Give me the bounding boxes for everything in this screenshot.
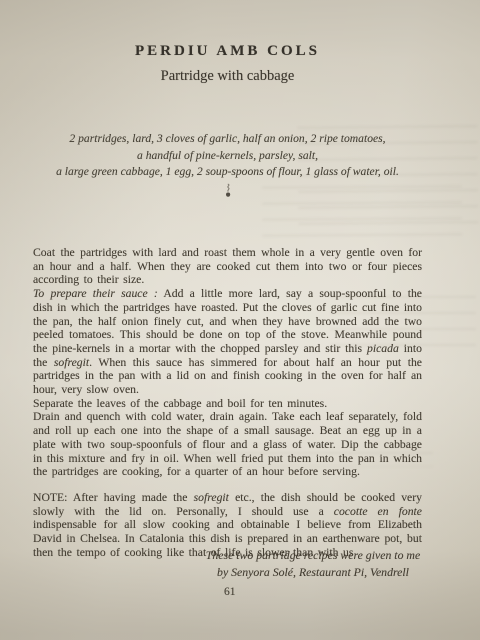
- ingredients-block: 2 partridges, lard, 3 cloves of garlic, …: [33, 131, 422, 181]
- paragraph-sauce: To prepare their sauce : Add a little mo…: [33, 287, 422, 397]
- ingredients-line-3: a large green cabbage, 1 egg, 2 soup-spo…: [33, 164, 422, 181]
- ingredients-line-1: 2 partridges, lard, 3 cloves of garlic, …: [33, 131, 422, 148]
- attribution-block: These two partridge recipes were given t…: [188, 547, 438, 581]
- page-content: PERDIU AMB COLS Partridge with cabbage 2…: [0, 0, 480, 640]
- paragraph-cabbage-fry-text: Drain and quench with cold water, drain …: [33, 410, 422, 478]
- attribution-line-1: These two partridge recipes were given t…: [188, 547, 438, 564]
- paragraph-cabbage-boil: Separate the leaves of the cabbage and b…: [33, 397, 422, 411]
- sauce-text-c: . When this sauce has simmered for about…: [33, 356, 422, 396]
- recipe-title-catalan: PERDIU AMB COLS: [33, 43, 422, 60]
- recipe-title-english: Partridge with cabbage: [33, 68, 422, 85]
- note-term-cocotte: cocotte en fonte: [334, 505, 422, 518]
- ingredients-line-2: a handful of pine-kernels, parsley, salt…: [33, 148, 422, 165]
- sauce-lead-italic: To prepare their sauce :: [33, 287, 158, 300]
- paragraph-roasting-text: Coat the partridges with lard and roast …: [33, 246, 422, 286]
- recipe-method: Coat the partridges with lard and roast …: [33, 246, 422, 559]
- note-text-a: NOTE: After having made the: [33, 491, 194, 504]
- term-sofregit: sofregit: [54, 356, 89, 369]
- paragraph-cabbage-boil-text: Separate the leaves of the cabbage and b…: [33, 397, 327, 410]
- fleuron-icon: [221, 183, 235, 199]
- attribution-line-2: by Senyora Solé, Restaurant Pi, Vendrell: [188, 564, 438, 581]
- book-page-photo: PERDIU AMB COLS Partridge with cabbage 2…: [0, 0, 480, 640]
- term-picada: picada: [367, 342, 399, 355]
- paragraph-roasting: Coat the partridges with lard and roast …: [33, 246, 422, 287]
- paragraph-cabbage-fry: Drain and quench with cold water, drain …: [33, 410, 422, 479]
- page-number: 61: [224, 586, 236, 598]
- note-term-sofregit: sofregit: [194, 491, 229, 504]
